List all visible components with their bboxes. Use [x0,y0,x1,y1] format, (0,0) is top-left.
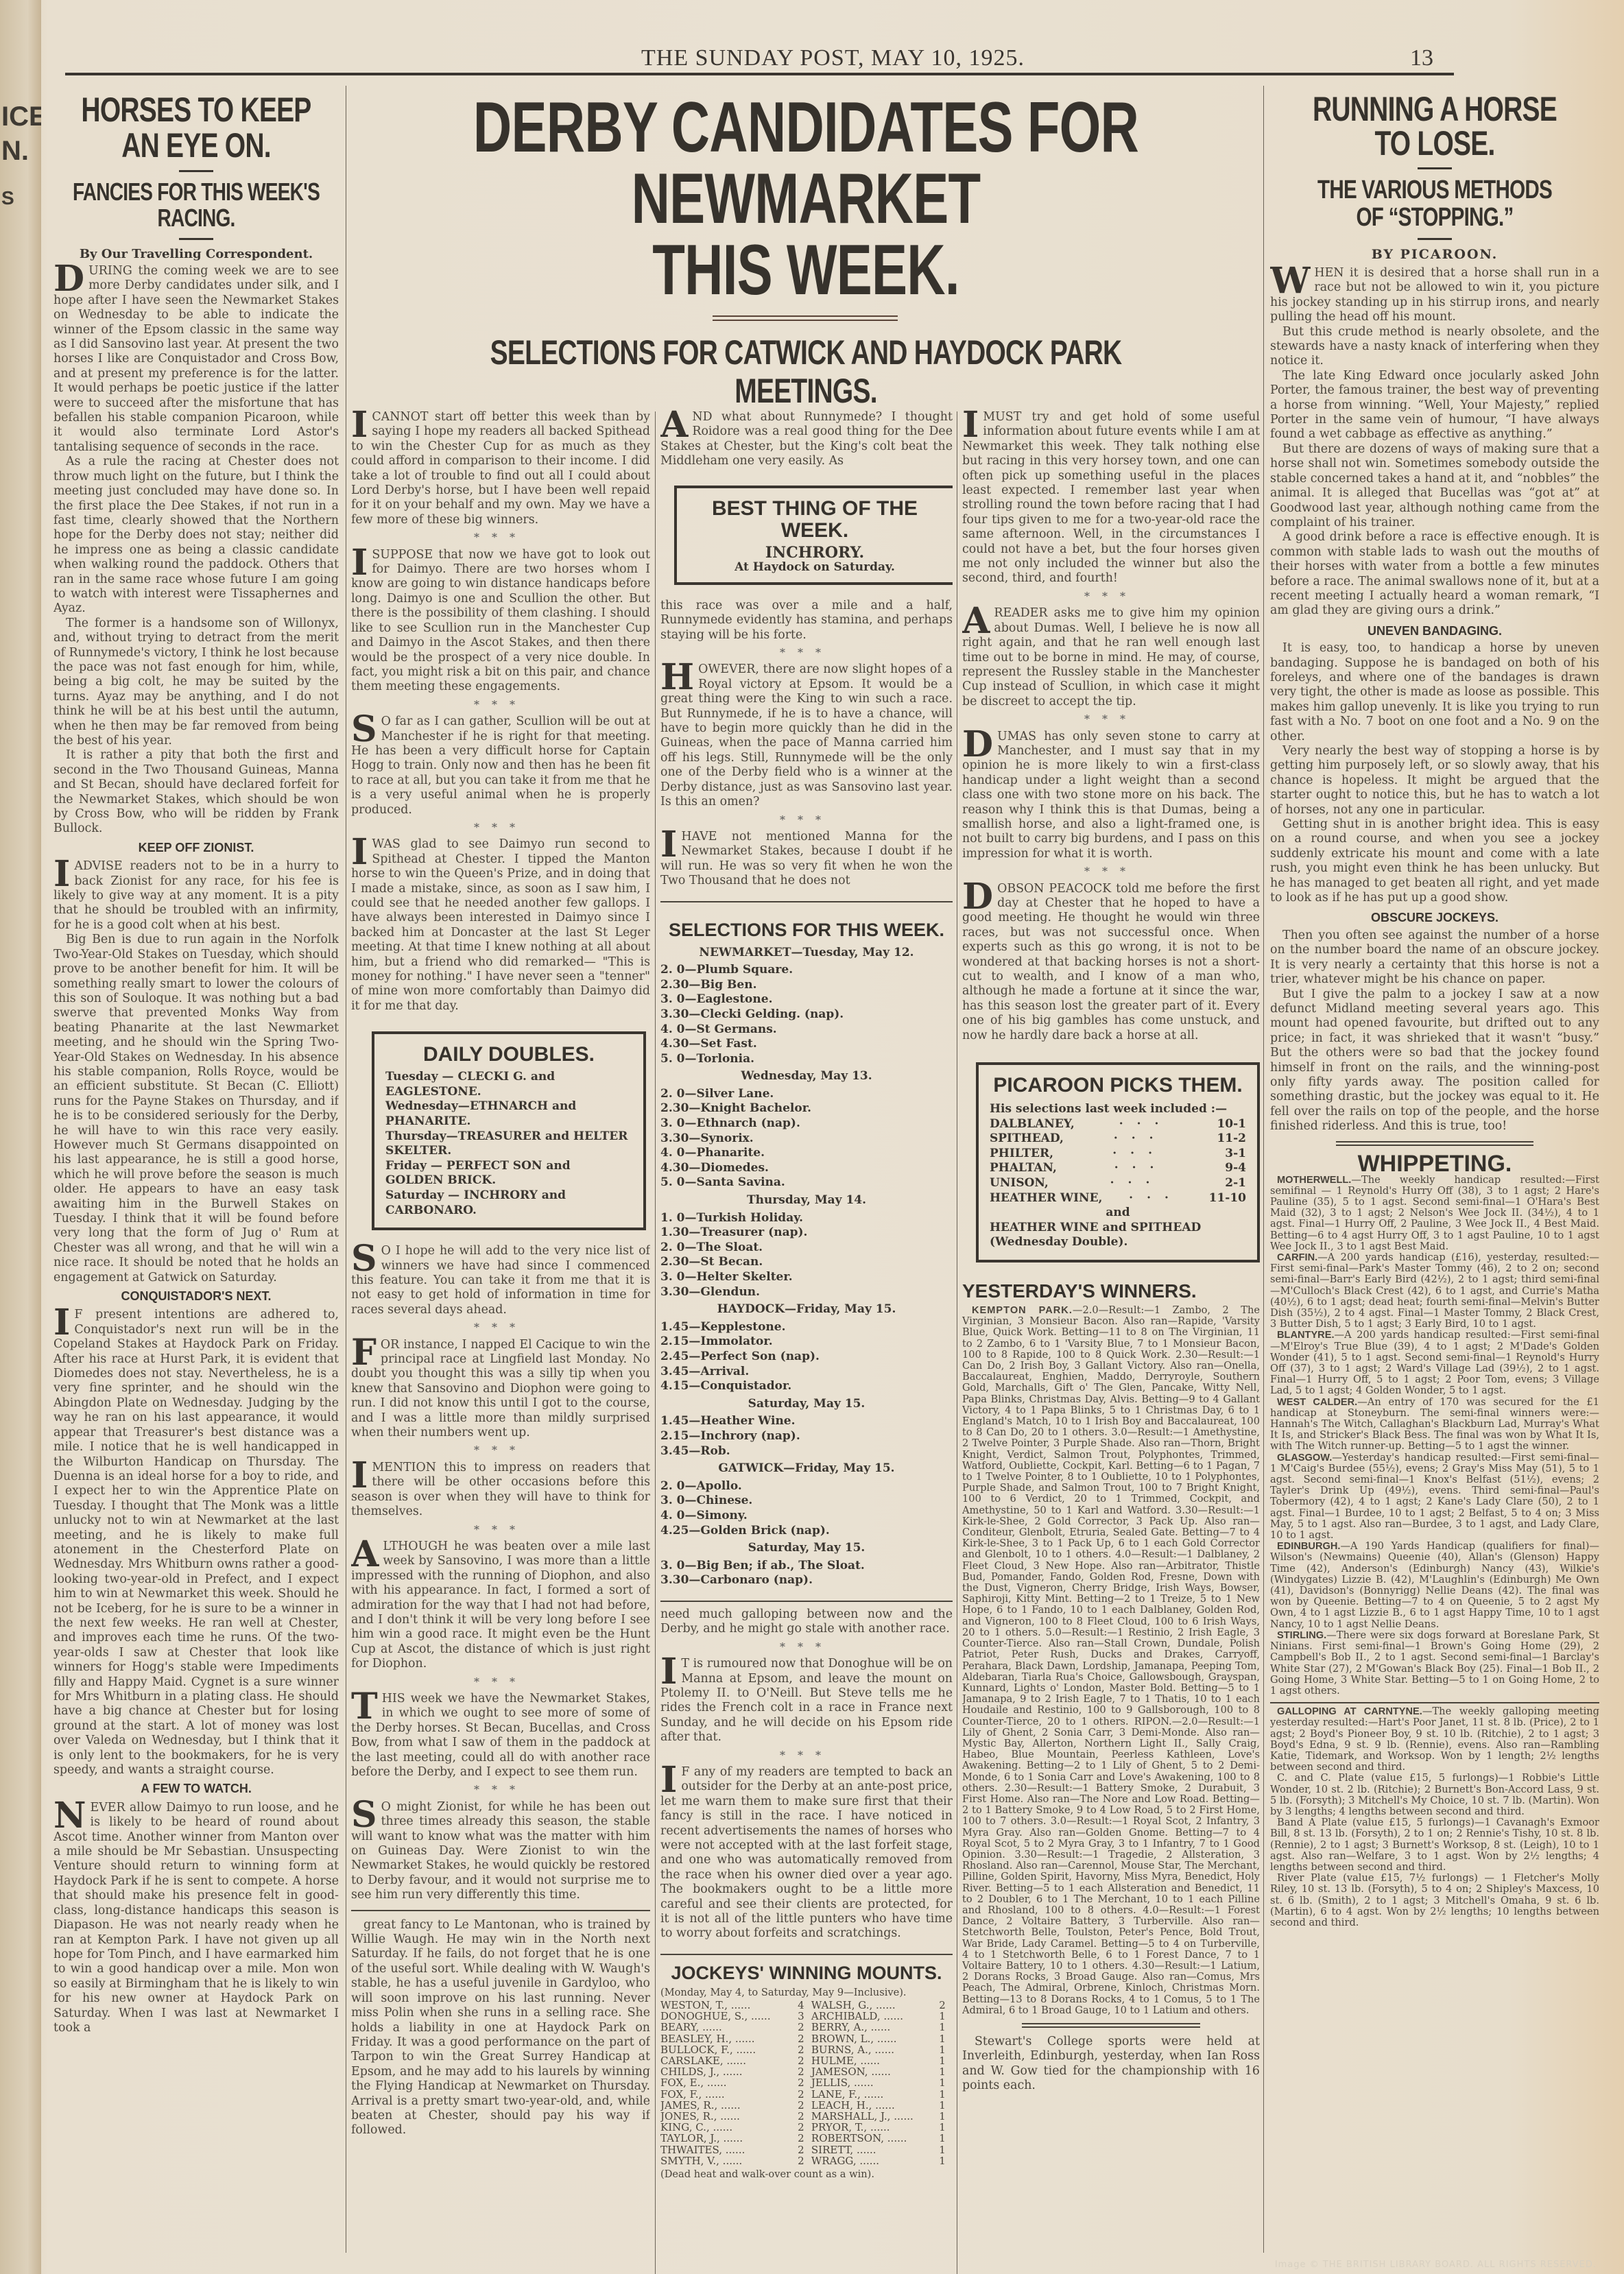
main-headline-block: DERBY CANDIDATES FOR NEWMARKET THIS WEEK… [346,82,1263,411]
selection-item: 3.45—Arrival. [660,1365,953,1380]
gutter-fragment: ICE [1,103,41,130]
article-subhead: THE VARIOUS METHODS OF “STOPPING.” [1270,176,1599,231]
jockey-row: KING, C., ......2PRYOR, T., ......1 [660,2122,953,2133]
box-title: DAILY DOUBLES. [385,1044,632,1066]
column-rule [1263,86,1264,2253]
section-stars: *** [660,1640,953,1654]
main-column-1: ICANNOT start off better this week than … [351,410,650,2274]
whippeting-result: STIRLING.—There were six dogs forward at… [1270,1630,1599,1697]
article-body: WHEN it is desired that a horse shall ru… [1270,266,1599,1134]
divider [179,170,213,172]
selection-item: 2.45—Perfect Son (nap). [660,1350,953,1365]
divider [1418,167,1452,169]
selection-item: 3.30—Synorix. [660,1132,953,1147]
jockey-row: FOX, F., ......2LANE, F., ......1 [660,2089,953,2100]
section-heading: OBSCURE JOCKEYS. [1270,911,1599,925]
whippeting-results: MOTHERWELL.—The weekly handicap resulted… [1270,1175,1599,1697]
column-rule [957,411,957,2274]
best-thing-box: BEST THING OF THE WEEK. INCHRORY. At Hay… [674,486,953,585]
winners-results: KEMPTON PARK.—2.0—Result:—1 Zambo, 2 The… [962,1305,1260,2016]
section-heading: A FEW TO WATCH. [53,1782,339,1796]
stewarts-college-note: Stewart's College sports were held at In… [962,2035,1260,2094]
article-subhead: FANCIES FOR THIS WEEK'S RACING. [57,179,335,231]
daily-doubles-box: DAILY DOUBLES. Tuesday — CLECKI G. and E… [372,1031,646,1230]
byline: By Our Travelling Correspondent. [53,247,339,261]
main-column-2: AND what about Runnymede? I thought Roid… [660,410,953,2274]
section-heading: CONQUISTADOR'S NEXT. [53,1289,339,1304]
main-column-3: IMUST try and get hold of some useful in… [962,410,1260,2274]
selection-item: 4.15—Conquistador. [660,1379,953,1394]
selection-item: 3. 0—Chinese. [660,1494,953,1509]
picks-intro: His selections last week included :— [990,1102,1246,1117]
article-headline: RUNNING A HORSE TO LOSE. [1270,92,1599,160]
image-credit: Image © THE BRITISH LIBRARY BOARD. ALL R… [1275,2260,1597,2270]
whippeting-result: WEST CALDER.—An entry of 170 was secured… [1270,1397,1599,1452]
masthead: THE SUNDAY POST, MAY 10, 1925. 13 [65,43,1454,75]
jockey-row: DONOGHUE, S., ......3ARCHIBALD, ......1 [660,2011,953,2022]
section-stars: *** [351,1782,650,1797]
selection-item: 2. 0—The Sloat. [660,1241,953,1256]
picaroon-picks-box: PICAROON PICKS THEM. His selections last… [976,1062,1260,1262]
section-stars: *** [351,697,650,712]
meeting-heading: HAYDOCK—Friday, May 15. [660,1302,953,1317]
selection-item: 1.45—Kepplestone. [660,1320,953,1335]
selection-item: 3. 0—Big Ben; if ab., The Sloat. [660,1559,953,1574]
gutter-fragment: N. [1,137,29,165]
divider [179,238,213,240]
page-number: 13 [1410,45,1433,71]
meeting-heading: Saturday, May 15. [660,1541,953,1556]
section-stars: *** [962,712,1260,726]
byline: BY PICAROON. [1270,247,1599,262]
whippeting-result: EDINBURGH.—A 190 Yards Handicap (qualifi… [1270,1541,1599,1630]
selection-item: 2.30—Knight Bachelor. [660,1101,953,1116]
divider [660,1601,953,1602]
selection-item: 3. 0—Eaglestone. [660,992,953,1007]
column-rule [655,411,656,2274]
jockey-row: THWAITES, ......2SIRETT, ......1 [660,2144,953,2155]
selection-item: 4. 0—St Germans. [660,1022,953,1038]
article-body: DURING the coming week we are to see mor… [53,264,339,2035]
selection-item: 4.30—Set Fast. [660,1037,953,1052]
jockey-row: CHILDS, J., ......2JAMESON, ......1 [660,2066,953,2077]
article-body: AND what about Runnymede? I thought Roid… [660,410,953,469]
section-heading: KEEP OFF ZIONIST. [53,841,339,855]
daily-double-row: Thursday—TREASURER and HELTER SKELTER. [385,1129,632,1159]
selection-item: 2.30—Big Ben. [660,978,953,993]
double-rule [1336,1141,1533,1146]
selection-item: 4.25—Golden Brick (nap). [660,1524,953,1539]
double-rule [1022,2023,1200,2028]
carntyne-race: Band A Plate (value £15, 5 furlongs)—1 C… [1270,1817,1599,1873]
divider [660,1954,953,1955]
adjacent-page-gutter: ICE N. S [0,0,41,2274]
jockey-row: BEASLEY, H., ......2BROWN, L., ......1 [660,2033,953,2044]
whippeting-result: GLASGOW.—Yesterday's handicap resulted:—… [1270,1452,1599,1542]
article-body: IMUST try and get hold of some useful in… [962,410,1260,1043]
main-headline: DERBY CANDIDATES FOR NEWMARKET THIS WEEK… [369,92,1243,306]
daily-doubles-list: Tuesday — CLECKI G. and EAGLESTONE. Wedn… [385,1070,632,1218]
article-headline: HORSES TO KEEP AN EYE ON. [57,92,335,163]
selection-item: 4.30—Diomedes. [660,1161,953,1176]
double-rule [713,315,898,321]
selections-title: SELECTIONS FOR THIS WEEK. [660,920,953,940]
article-body-continued: SO I hope he will add to the very nice l… [351,1244,650,2138]
right-article: RUNNING A HORSE TO LOSE. THE VARIOUS MET… [1270,82,1599,2249]
divider [1418,238,1452,240]
section-stars: *** [351,1320,650,1335]
jockey-row: JONES, R., ......2MARSHALL, J., ......1 [660,2111,953,2122]
box-title: PICAROON PICKS THEM. [990,1075,1246,1097]
section-stars: *** [351,1675,650,1689]
selection-item: 3.30—Clecki Gelding. (nap). [660,1007,953,1022]
selection-item: 2. 0—Apollo. [660,1479,953,1494]
main-subhead: SELECTIONS FOR CATWICK AND HAYDOCK PARK … [351,333,1261,410]
selection-item: 3. 0—Ethnarch (nap). [660,1116,953,1132]
selection-item: 1.30—Treasurer (nap). [660,1225,953,1241]
selection-item: 2.15—Inchrory (nap). [660,1429,953,1444]
jockey-row: JAMES, R., ......2LEACH, H., ......1 [660,2100,953,2111]
article-body: ICANNOT start off better this week than … [351,410,650,1014]
section-stars: *** [351,1443,650,1457]
divider [660,901,953,902]
selection-item: 2.15—Immolator. [660,1335,953,1350]
meeting-heading: Thursday, May 14. [660,1193,953,1208]
meeting-heading: Saturday, May 15. [660,1397,953,1412]
article-body: this race was over a mile and a half, Ru… [660,599,953,889]
selection-item: 2.30—St Becan. [660,1255,953,1270]
carntyne-race: C. and C. Plate (value £15, 5 furlongs)—… [1270,1773,1599,1817]
selection-item: 2. 0—Silver Lane. [660,1087,953,1102]
jockeys-table: WESTON, T., ......4WALSH, G., ......2DON… [660,2000,953,2166]
meeting-heading: GATWICK—Friday, May 15. [660,1461,953,1476]
section-stars: *** [351,1522,650,1537]
whippeting-result: BLANTYRE.—A 200 yards handicap resulted:… [1270,1330,1599,1396]
selection-item: 3.30—Carbonaro (nap). [660,1573,953,1588]
section-heading: UNEVEN BANDAGING. [1270,624,1599,638]
article-body: need much galloping between now and the … [660,1607,953,1941]
daily-double-row: Tuesday — CLECKI G. and EAGLESTONE. [385,1070,632,1099]
section-stars: *** [660,813,953,827]
section-stars: *** [351,530,650,544]
jockey-row: BEARY, ......2BERRY, A., ......1 [660,2022,953,2033]
daily-double-row: Friday — PERFECT SON and GOLDEN BRICK. [385,1159,632,1188]
jockey-row: WESTON, T., ......4WALSH, G., ......2 [660,2000,953,2011]
selection-item: 3.30—Glendun. [660,1285,953,1300]
pick-row: SPITHEAD,···11-2 [990,1132,1246,1147]
daily-double-row: Wednesday—ETHNARCH and PHANARITE. [385,1099,632,1129]
pick-row: PHILTER,···3-1 [990,1147,1246,1162]
selection-item: 1. 0—Turkish Holiday. [660,1211,953,1226]
selection-item: 5. 0—Santa Savina. [660,1175,953,1190]
selection-item: 5. 0—Torlonia. [660,1052,953,1067]
jockey-row: CARSLAKE, ......2HULME, ......1 [660,2055,953,2066]
pick-row: HEATHER WINE,···11-10 [990,1191,1246,1206]
whippeting-result: CARFIN.—A 200 yards handicap (£16), yest… [1270,1252,1599,1330]
divider [1270,1702,1599,1703]
best-horse: INCHRORY. [688,546,942,561]
carntyne-results: GALLOPING AT CARNTYNE.—The weekly gallop… [1270,1706,1599,1928]
selection-item: 2. 0—Plumb Square. [660,963,953,978]
left-article: HORSES TO KEEP AN EYE ON. FANCIES FOR TH… [53,82,339,2263]
carntyne-race: River Plate (value £15, 7½ furlongs) — 1… [1270,1873,1599,1928]
newspaper-page: ICE N. S THE SUNDAY POST, MAY 10, 1925. … [0,0,1624,2274]
selections-list: NEWMARKET—Tuesday, May 12.2. 0—Plumb Squ… [660,946,953,1588]
selection-item: 1.45—Heather Wine. [660,1414,953,1429]
meeting-heading: Wednesday, May 13. [660,1069,953,1084]
meeting-heading: NEWMARKET—Tuesday, May 12. [660,946,953,961]
section-stars: *** [351,820,650,835]
section-stars: *** [962,864,1260,878]
jockey-row: BULLOCK, F., ......2BURNS, A., ......1 [660,2044,953,2055]
picks-double: HEATHER WINE and SPITHEAD (Wednesday Dou… [990,1221,1246,1250]
jockey-row: TAYLOR, J., ......2ROBERTSON, ......1 [660,2133,953,2144]
section-stars: *** [962,589,1260,603]
pick-row: DALBLANEY,···10-1 [990,1117,1246,1132]
picks-list: DALBLANEY,···10-1SPITHEAD,···11-2PHILTER… [990,1117,1246,1206]
daily-double-row: Saturday — INCHRORY and CARBONARO. [385,1188,632,1218]
pick-row: PHALTAN,···9-4 [990,1161,1246,1176]
newspaper-dateline: THE SUNDAY POST, MAY 10, 1925. [641,45,1025,71]
selection-item: 3.45—Rob. [660,1444,953,1459]
box-title: BEST THING OF THE WEEK. [688,498,942,542]
jockey-row: SMYTH, V., ......2WRAGG, ......1 [660,2155,953,2166]
best-horse-venue: At Haydock on Saturday. [688,560,942,575]
jockeys-period: (Monday, May 4, to Saturday, May 9—Inclu… [660,1987,953,1998]
pick-row: UNISON,···2-1 [990,1176,1246,1191]
jockey-row: FOX, E., ......2JELLIS, ......1 [660,2077,953,2088]
whippeting-title: WHIPPETING. [1270,1153,1599,1175]
whippeting-result: MOTHERWELL.—The weekly handicap resulted… [1270,1175,1599,1252]
picks-and: and [990,1206,1246,1221]
section-stars: *** [660,645,953,660]
selection-item: 4. 0—Simony. [660,1509,953,1524]
jockeys-footnote: (Dead heat and walk-over count as a win)… [660,2169,953,2180]
gutter-fragment: S [1,189,14,208]
section-stars: *** [660,1748,953,1762]
selection-item: 3. 0—Helter Skelter. [660,1270,953,1285]
selection-item: 4. 0—Phanarite. [660,1146,953,1161]
winners-title: YESTERDAY'S WINNERS. [962,1280,1260,1302]
jockeys-title: JOCKEYS' WINNING MOUNTS. [660,1963,953,1983]
